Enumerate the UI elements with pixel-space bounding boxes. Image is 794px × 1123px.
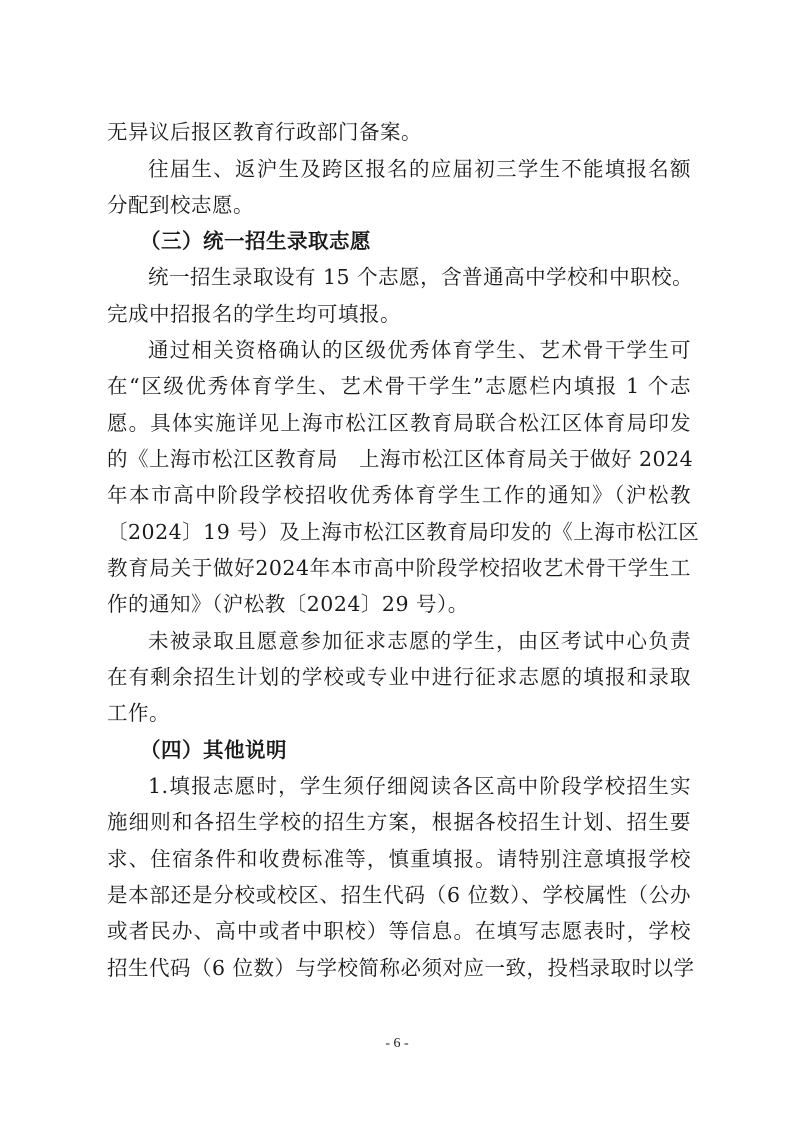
section-heading-3: （三）统一招生录取志愿 [140, 226, 691, 256]
section-heading-4: （四）其他说明 [140, 735, 691, 765]
body-text-line: 工作。 [107, 698, 691, 728]
paragraph-first-line: 往届生、返沪生及跨区报名的应届初三学生不能填报名额 [148, 154, 691, 184]
body-text-line: 愿。具体实施详见上海市松江区教育局联合松江区体育局印发 [107, 408, 691, 438]
paragraph-first-line: 统一招生录取设有 15 个志愿，含普通高中学校和中职校。 [148, 262, 691, 292]
body-text-line: 〔2024〕19 号）及上海市松江区教育局印发的《上海市松江区 [107, 517, 691, 547]
document-page: 无异议后报区教育行政部门备案。 往届生、返沪生及跨区报名的应届初三学生不能填报名… [0, 0, 794, 1123]
body-text-line: 无异议后报区教育行政部门备案。 [107, 117, 691, 147]
body-text-line: 施细则和各招生学校的招生方案，根据各校招生计划、招生要 [107, 807, 691, 837]
body-text-line: 在“区级优秀体育学生、艺术骨干学生”志愿栏内填报 1 个志 [107, 371, 691, 401]
page-number: - 6 - [0, 1036, 794, 1052]
body-text-line: 作的通知》（沪松教〔2024〕29 号）。 [107, 589, 691, 619]
body-text-line: 教育局关于做好2024年本市高中阶段学校招收艺术骨干学生工 [107, 553, 691, 583]
body-text-line: 招生代码（6 位数）与学校简称必须对应一致，投档录取时以学 [107, 953, 691, 983]
paragraph-first-line: 通过相关资格确认的区级优秀体育学生、艺术骨干学生可 [148, 335, 691, 365]
body-text-line: 的《上海市松江区教育局 上海市松江区体育局关于做好 2024 [107, 444, 691, 474]
body-text-line: 是本部还是分校或校区、招生代码（6 位数）、学校属性（公办 [107, 880, 691, 910]
body-text-line: 求、住宿条件和收费标准等，慎重填报。请特别注意填报学校 [107, 844, 691, 874]
body-text-line: 分配到校志愿。 [107, 190, 691, 220]
body-text-line: 完成中招报名的学生均可填报。 [107, 299, 691, 329]
paragraph-first-line: 未被录取且愿意参加征求志愿的学生，由区考试中心负责 [148, 626, 691, 656]
body-text-line: 或者民办、高中或者中职校）等信息。在填写志愿表时，学校 [107, 916, 691, 946]
body-text-line: 在有剩余招生计划的学校或专业中进行征求志愿的填报和录取 [107, 662, 691, 692]
paragraph-first-line: 1.填报志愿时，学生须仔细阅读各区高中阶段学校招生实 [148, 771, 691, 801]
body-text-line: 年本市高中阶段学校招收优秀体育学生工作的通知》（沪松教 [107, 480, 691, 510]
